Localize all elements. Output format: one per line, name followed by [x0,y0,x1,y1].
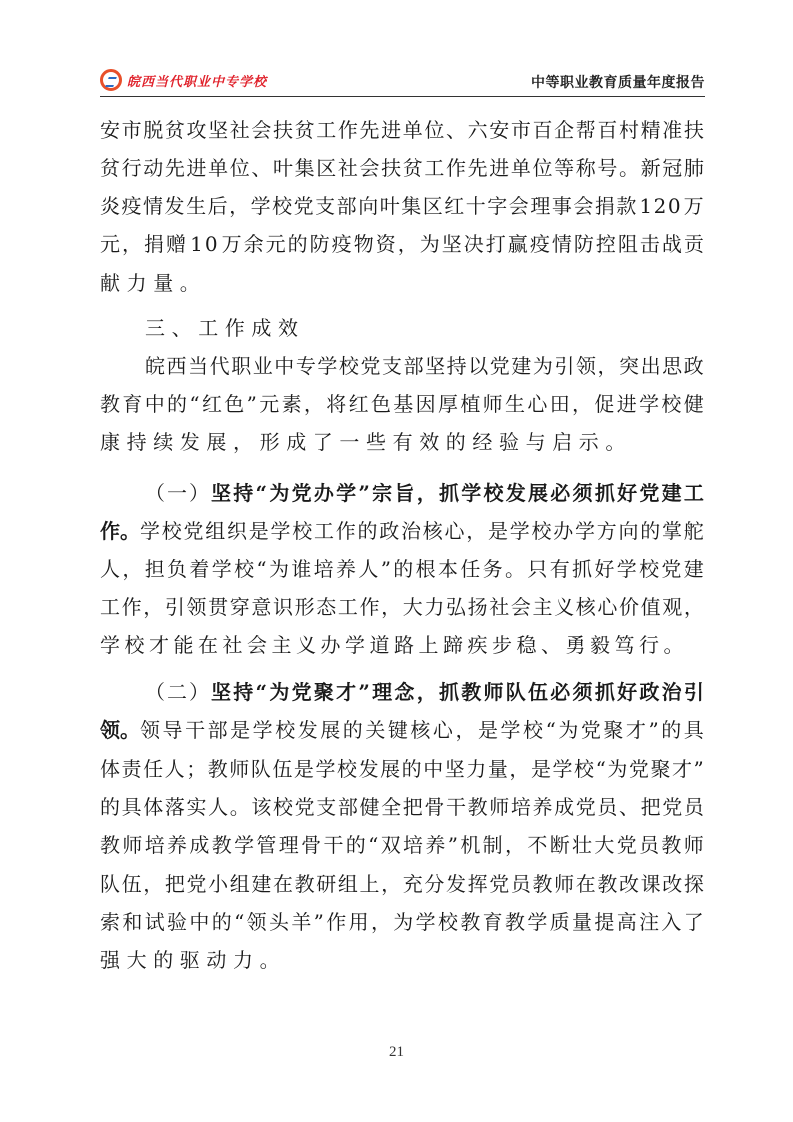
section-heading: 三、工作成效 [145,315,704,341]
paragraph-line: 安市脱贫攻坚社会扶贫工作先进单位、六安市百企帮百村精准扶 [100,117,704,143]
point2-line: 的具体落实人。该校党支部健全把骨干教师培养成党员、把党员 [100,794,704,820]
point2-line: 队伍，把党小组建在教研组上，充分发挥党员教师在教改课改探 [100,871,704,897]
school-name: 皖西当代职业中专学校 [127,71,267,90]
paragraph-line: 贫行动先进单位、叶集区社会扶贫工作先进单位等称号。新冠肺 [100,155,704,181]
point1-text: 学校党组织是学校工作的政治核心，是学校办学方向的掌舵 [140,518,704,544]
point1-line: 作。 学校党组织是学校工作的政治核心，是学校办学方向的掌舵 [100,518,704,544]
point2-text: 领导干部是学校发展的关键核心，是学校“为党聚才”的具 [140,717,704,743]
point1-number: （一） [145,480,211,506]
point1-title: （一） 坚持“为党办学”宗旨，抓学校发展必须抓好党建工 [145,480,704,506]
point2-line: 强大的驱动力。 [100,947,704,973]
point1-title-text: 坚持“为党办学”宗旨，抓学校发展必须抓好党建工 [211,480,704,506]
intro-line: 教育中的“红色”元素，将红色基因厚植师生心田，促进学校健 [100,391,704,417]
paragraph-line: 献力量。 [100,270,704,296]
point2-line: 领。 领导干部是学校发展的关键核心，是学校“为党聚才”的具 [100,717,704,743]
intro-line: 皖西当代职业中专学校党支部坚持以党建为引领，突出思政 [145,353,704,379]
point2-title-text: 坚持“为党聚才”理念，抓教师队伍必须抓好政治引 [211,679,704,705]
point2-line: 体责任人；教师队伍是学校发展的中坚力量，是学校“为党聚才” [100,756,704,782]
point1-line: 工作，引领贯穿意识形态工作，大力弘扬社会主义核心价值观， [100,594,704,620]
point2-title: （二） 坚持“为党聚才”理念，抓教师队伍必须抓好政治引 [145,679,704,705]
point1-title-end: 作。 [100,518,140,544]
paragraph-line: 炎疫情发生后，学校党支部向叶集区红十字会理事会捐款 120 万 [100,193,704,219]
point1-line: 人，担负着学校“为谁培养人”的根本任务。只有抓好学校党建 [100,556,704,582]
intro-line: 康持续发展，形成了一些有效的经验与启示。 [100,429,704,455]
school-logo-icon [100,69,122,91]
report-title: 中等职业教育质量年度报告 [531,72,705,92]
paragraph-line: 元，捐赠 10 万余元的防疫物资，为坚决打赢疫情防控阻击战贡 [100,231,704,257]
point2-line: 索和试验中的“领头羊”作用，为学校教育教学质量提高注入了 [100,909,704,935]
point1-line: 学校才能在社会主义办学道路上蹄疾步稳、勇毅笃行。 [100,632,704,658]
page-header: 皖西当代职业中专学校 中等职业教育质量年度报告 [100,64,705,96]
page-number: 21 [0,1044,793,1061]
header-divider [100,96,705,97]
point2-title-end: 领。 [100,717,140,743]
point2-number: （二） [145,679,211,705]
point2-line: 教师培养成教学管理骨干的“双培养”机制，不断壮大党员教师 [100,832,704,858]
